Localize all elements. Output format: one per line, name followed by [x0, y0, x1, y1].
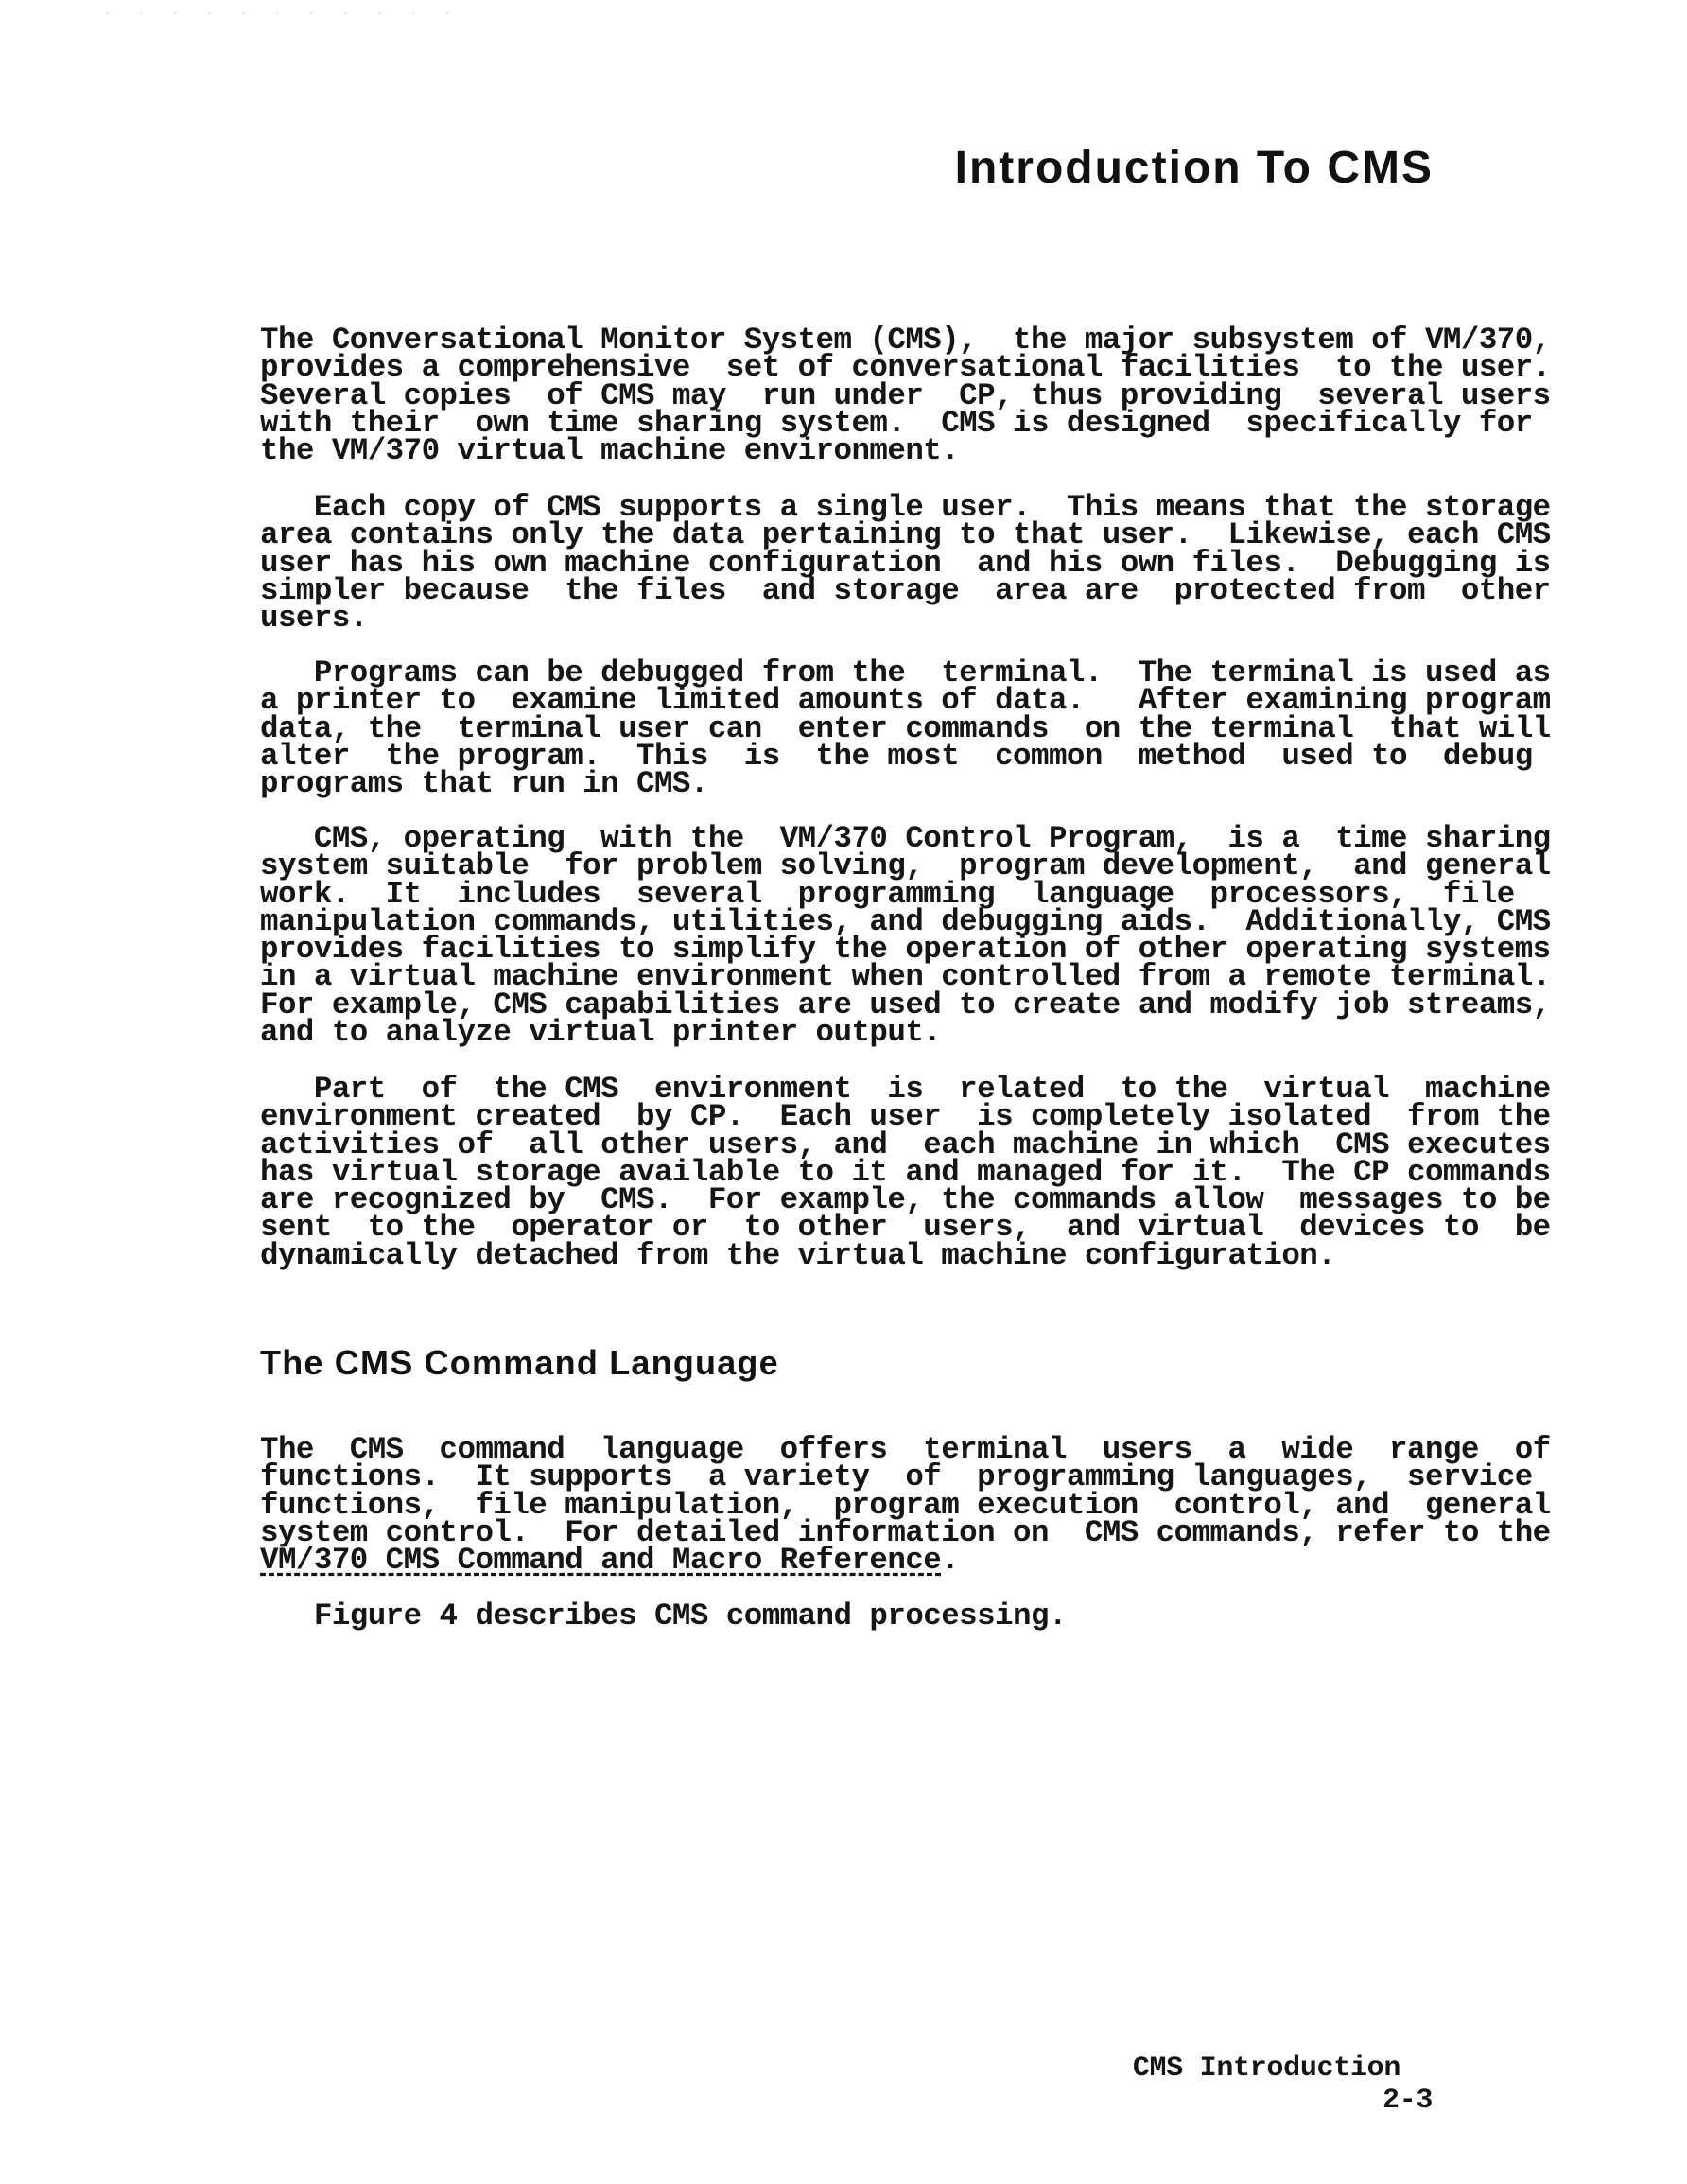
figure-note: Figure 4 describes CMS command processin… [260, 1602, 1435, 1630]
intro-paragraph-3: Programs can be debugged from the termin… [260, 659, 1435, 797]
intro-paragraph-2: Each copy of CMS supports a single user.… [260, 494, 1435, 632]
text-line: users. [260, 604, 1435, 632]
text-line: programs that run in CMS. [260, 770, 1435, 797]
text-line: and to analyze virtual printer output. [260, 1019, 1435, 1046]
command-language-paragraph: The CMS command language offers terminal… [260, 1436, 1435, 1574]
text-line: simpler because the files and storage ar… [260, 577, 1435, 604]
figure-note-paragraph: Figure 4 describes CMS command processin… [260, 1602, 1435, 1630]
section-heading: The CMS Command Language [260, 1343, 779, 1383]
page-title: Introduction To CMS [955, 142, 1434, 194]
scan-artifact: · · · · · · · · · · · [104, 9, 461, 20]
text-line: dynamically detached from the virtual ma… [260, 1242, 1435, 1269]
reference-title: VM/370 CMS Command and Macro Reference [260, 1543, 941, 1578]
page-number: 2-3 [1383, 2085, 1433, 2117]
reference-line: VM/370 CMS Command and Macro Reference. [260, 1546, 1435, 1574]
text-line: the VM/370 virtual machine environment. [260, 437, 1435, 464]
document-page: · · · · · · · · · · · Introduction To CM… [0, 0, 1687, 2184]
footer-section-name: CMS Introduction [1133, 2053, 1400, 2085]
intro-paragraph-1: The Conversational Monitor System (CMS),… [260, 326, 1435, 464]
page-footer: CMS Introduction 2-3 [1066, 2020, 1400, 2149]
intro-paragraph-5: Part of the CMS environment is related t… [260, 1075, 1435, 1269]
reference-period: . [941, 1543, 959, 1578]
intro-paragraph-4: CMS, operating with the VM/370 Control P… [260, 825, 1435, 1046]
